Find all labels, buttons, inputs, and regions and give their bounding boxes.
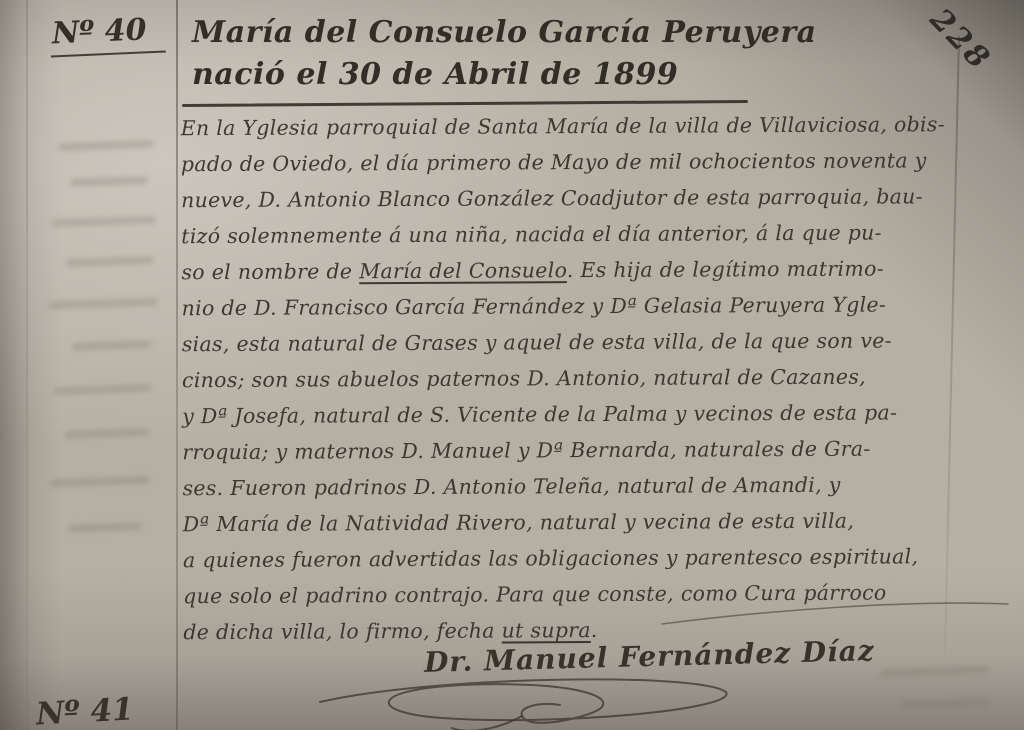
- manuscript-line-11: ses. Fueron padrinos D. Antonio Teleña, …: [182, 466, 1020, 506]
- manuscript-line-11-pre: ses. Fueron padrinos D. Antonio Teleña, …: [183, 473, 841, 500]
- manuscript-line-6-pre: nio de D. Francisco García Fernández y D…: [182, 293, 887, 321]
- bleedthrough-smudge: [50, 476, 150, 486]
- manuscript-line-8: cinos; son sus abuelos paternos D. Anton…: [182, 358, 1020, 398]
- manuscript-line-7: sias, esta natural de Grases y aquel de …: [182, 322, 1020, 362]
- manuscript-body: En la Yglesia parroquial de Santa María …: [181, 106, 1022, 650]
- manuscript-line-10-pre: rroquia; y maternos D. Manuel y Dª Berna…: [182, 437, 870, 465]
- record-title: María del Consuelo García Peruyera nació…: [192, 12, 992, 96]
- manuscript-line-15-u: ut supra: [502, 618, 591, 642]
- manuscript-line-13-pre: a quienes fueron advertidas las obligaci…: [183, 544, 918, 572]
- bleedthrough-smudge: [68, 523, 142, 533]
- record-title-birthdate: nació el 30 de Abril de 1899: [192, 54, 992, 96]
- manuscript-line-4-pre: tizó solemnemente á una niña, nacida el …: [181, 221, 882, 249]
- flourish-stroke: [660, 596, 1012, 632]
- manuscript-line-3: nueve, D. Antonio Blanco González Coadju…: [181, 178, 1019, 218]
- bleedthrough-smudge: [72, 341, 152, 351]
- manuscript-line-9: y Dª Josefa, natural de S. Vicente de la…: [182, 394, 1020, 434]
- manuscript-line-12-pre: Dª María de la Natividad Rivero, natural…: [183, 509, 854, 537]
- manuscript-line-6: nio de D. Francisco García Fernández y D…: [182, 286, 1020, 326]
- bleedthrough-smudge: [64, 429, 150, 439]
- manuscript-line-3-pre: nueve, D. Antonio Blanco González Coadju…: [181, 184, 923, 212]
- title-underline-stroke: [182, 100, 748, 107]
- entry-number: Nº 40: [49, 12, 165, 58]
- bleedthrough-smudge: [70, 177, 148, 187]
- bleedthrough-smudge: [900, 698, 990, 708]
- manuscript-line-5-post: . Es hija de legítimo matrimo-: [567, 257, 884, 283]
- record-title-name: María del Consuelo García Peruyera: [192, 12, 992, 54]
- margin-rule-line: [176, 0, 178, 730]
- paper-fold-line: [26, 0, 28, 730]
- manuscript-line-5: so el nombre de María del Consuelo. Es h…: [181, 250, 1019, 290]
- manuscript-line-13: a quienes fueron advertidas las obligaci…: [183, 538, 1021, 578]
- manuscript-line-15-pre: de dicha villa, lo firmo, fecha: [183, 619, 501, 645]
- bleedthrough-smudge: [48, 298, 158, 309]
- manuscript-line-4: tizó solemnemente á una niña, nacida el …: [181, 214, 1019, 254]
- manuscript-line-5-u: María del Consuelo: [359, 258, 567, 283]
- manuscript-line-12: Dª María de la Natividad Rivero, natural…: [183, 502, 1021, 542]
- baptism-register-page-photo: 228 Nº 40 María del Consuelo García Peru…: [0, 0, 1024, 730]
- manuscript-line-8-pre: cinos; son sus abuelos paternos D. Anton…: [182, 365, 866, 393]
- bleedthrough-smudge: [54, 384, 152, 394]
- signature-rubric: [292, 672, 742, 730]
- manuscript-line-1: En la Yglesia parroquial de Santa María …: [181, 106, 1019, 146]
- manuscript-line-2: pado de Oviedo, el día primero de Mayo d…: [181, 142, 1019, 182]
- manuscript-line-9-pre: y Dª Josefa, natural de S. Vicente de la…: [182, 400, 897, 428]
- bleedthrough-smudge: [66, 256, 154, 266]
- manuscript-line-7-pre: sias, esta natural de Grases y aquel de …: [182, 328, 892, 356]
- manuscript-line-2-pre: pado de Oviedo, el día primero de Mayo d…: [181, 148, 927, 176]
- next-entry-number: Nº 41: [35, 691, 135, 730]
- manuscript-line-10: rroquia; y maternos D. Manuel y Dª Berna…: [182, 430, 1020, 470]
- manuscript-line-5-pre: so el nombre de: [181, 259, 359, 284]
- manuscript-line-15-post: .: [591, 618, 598, 642]
- manuscript-line-1-pre: En la Yglesia parroquial de Santa María …: [181, 112, 945, 140]
- bleedthrough-smudge: [52, 216, 156, 227]
- bleedthrough-smudge: [880, 666, 990, 677]
- bleedthrough-smudge: [58, 140, 154, 150]
